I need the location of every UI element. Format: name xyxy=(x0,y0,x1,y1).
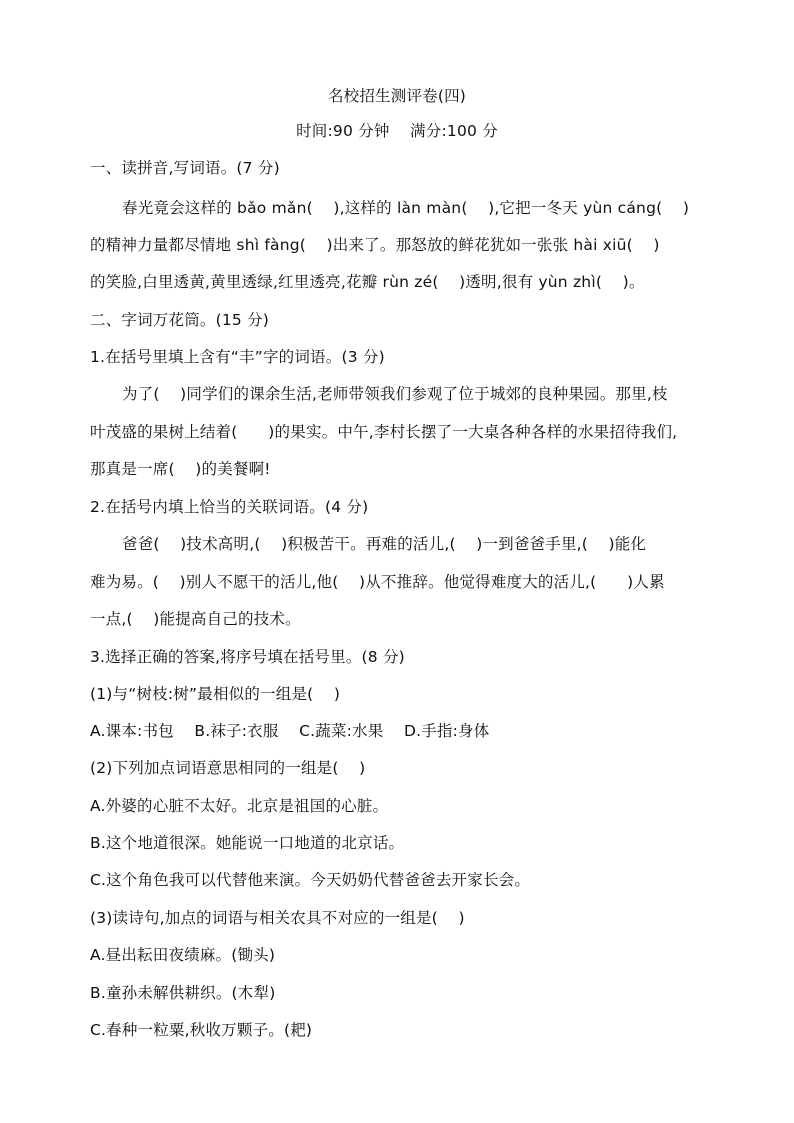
question-3-2-option-a: A.外婆的心脏不太好。北京是祖国的心脏。 xyxy=(90,796,704,816)
question-3-2-option-c: C.这个角色我可以代替他来演。今天奶奶代替爸爸去开家长会。 xyxy=(90,870,704,890)
section-1-line-3: 的笑脸,白里透黄,黄里透绿,红里透亮,花瓣 rùn zé( )透明,很有 yùn… xyxy=(90,272,704,292)
question-2-line-2: 难为易。( )别人不愿干的活儿,他( )从不推辞。他觉得难度大的活儿,( )人累 xyxy=(90,572,704,592)
question-3-1-stem: (1)与“树枝:树”最相似的一组是( ) xyxy=(90,684,704,704)
exam-page: 名校招生测评卷(四) 时间:90 分钟 满分:100 分 一、读拼音,写词语。(… xyxy=(0,0,794,1123)
question-1-line-2: 叶茂盛的果树上结着( )的果实。中午,李村长摆了一大桌各种各样的水果招待我们, xyxy=(90,422,704,442)
question-3-3-option-b: B.童孙未解供耕织。(木犁) xyxy=(90,983,704,1003)
section-1-heading: 一、读拼音,写词语。(7 分) xyxy=(90,158,704,178)
section-1-line-1: 春光竟会这样的 bǎo mǎn( ),这样的 làn màn( ),它把一冬天 … xyxy=(122,198,704,218)
question-1-line-3: 那真是一席( )的美餐啊! xyxy=(90,459,704,479)
question-3-3-option-c: C.春种一粒粟,秋收万颗子。(耙) xyxy=(90,1020,704,1040)
question-3-2-stem: (2)下列加点词语意思相同的一组是( ) xyxy=(90,758,704,778)
question-2-line-1: 爸爸( )技术高明,( )积极苦干。再难的活儿,( )一到爸爸手里,( )能化 xyxy=(122,534,704,554)
question-2-line-3: 一点,( )能提高自己的技术。 xyxy=(90,609,704,629)
page-title: 名校招生测评卷(四) xyxy=(0,86,794,106)
question-3-3-stem: (3)读诗句,加点的词语与相关农具不对应的一组是( ) xyxy=(90,908,704,928)
section-2-heading: 二、字词万花筒。(15 分) xyxy=(90,310,704,330)
question-2-prompt: 2.在括号内填上恰当的关联词语。(4 分) xyxy=(90,497,704,517)
question-3-3-option-a: A.昼出耘田夜绩麻。(锄头) xyxy=(90,945,704,965)
question-3-2-option-b: B.这个地道很深。她能说一口地道的北京话。 xyxy=(90,833,704,853)
question-3-prompt: 3.选择正确的答案,将序号填在括号里。(8 分) xyxy=(90,647,704,667)
question-1-prompt: 1.在括号里填上含有“丰”字的词语。(3 分) xyxy=(90,347,704,367)
question-1-line-1: 为了( )同学们的课余生活,老师带领我们参观了位于城郊的良种果园。那里,枝 xyxy=(122,384,704,404)
exam-info: 时间:90 分钟 满分:100 分 xyxy=(0,121,794,141)
section-1-line-2: 的精神力量都尽情地 shì fàng( )出来了。那怒放的鲜花犹如一张张 hài… xyxy=(90,235,704,255)
question-3-1-options: A.课本:书包 B.袜子:衣服 C.蔬菜:水果 D.手指:身体 xyxy=(90,721,704,741)
